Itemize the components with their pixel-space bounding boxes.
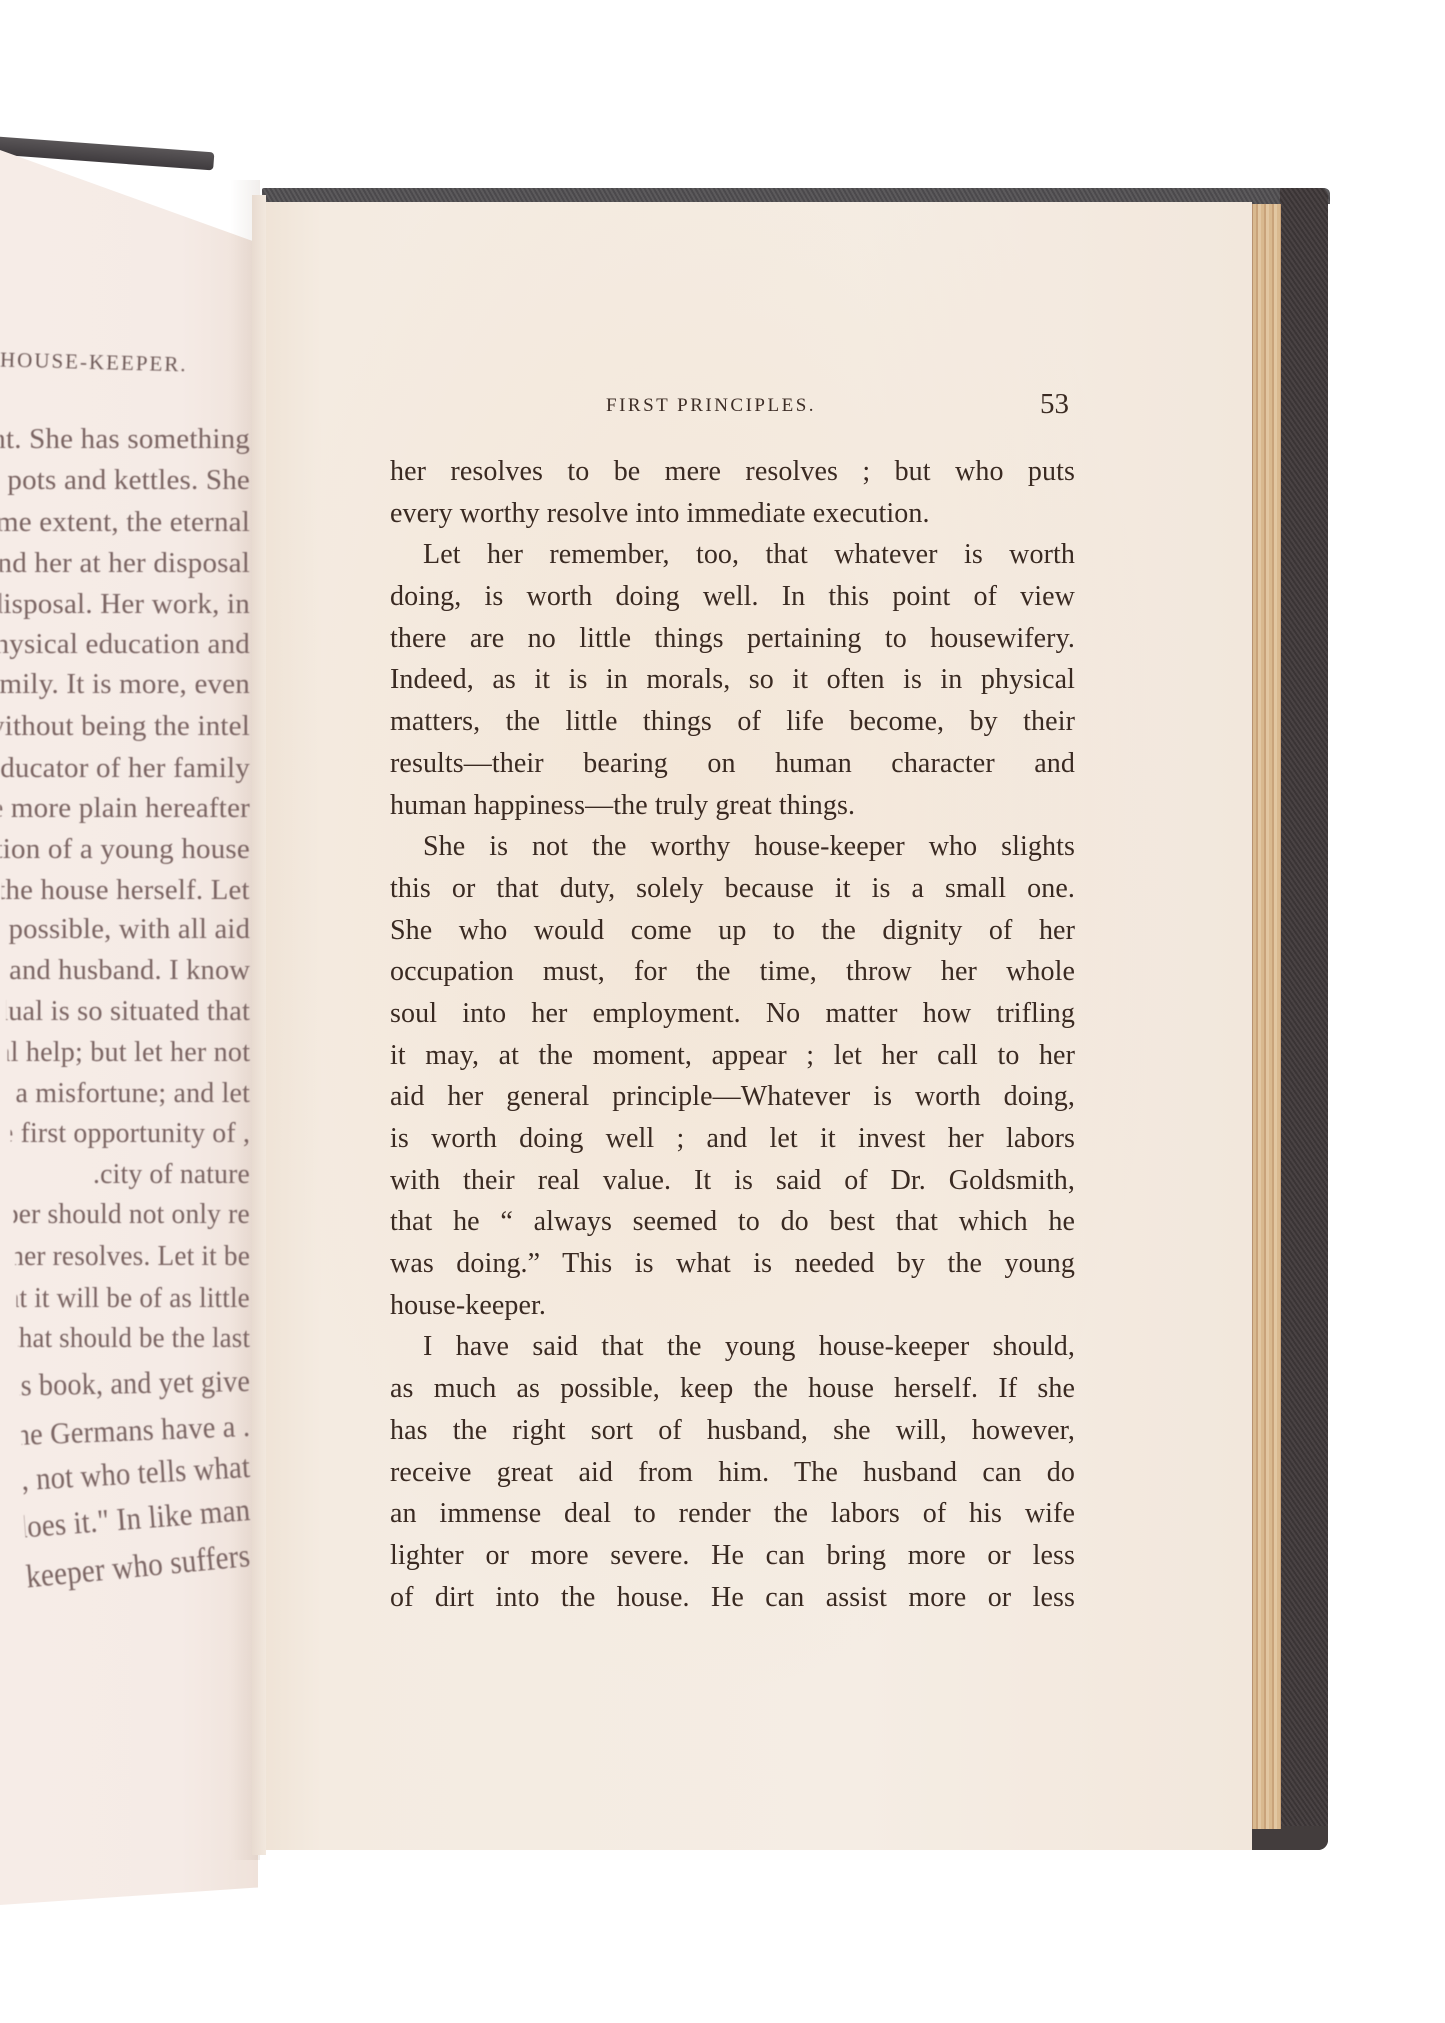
left-text-line: as possible, with all aid, [3,913,250,946]
left-text-line: g family. It is more, even; [0,668,250,701]
text-line: She is not the worthy house-keeper who s… [390,826,1075,868]
left-text-line: eper should not only re- [14,1198,251,1231]
left-text-line: ep the house herself. Let [2,874,251,907]
text-line: receive great aid from him. The husband … [390,1452,1075,1494]
text-line: this or that duty, solely because it is … [390,868,1075,910]
left-text-line: nd to pots and kettles. She [0,464,250,497]
text-line: Let her remember, too, that whatever is … [390,534,1075,576]
left-text-line: around her at her disposal. [0,547,250,580]
text-line: her resolves to be mere resolves ; but w… [390,451,1075,493]
left-text-line: city of nature. [12,1158,250,1191]
text-line: lighter or more severe. He can bring mor… [390,1535,1075,1577]
cover-bottom-corner [1240,1826,1328,1850]
left-text-line: dividual is so situated that [6,995,250,1028]
left-text-line: lution of a young house- [0,833,250,866]
text-line: as much as possible, keep the house hers… [390,1368,1075,1410]
left-text-line: ke more plain hereafter. [0,792,250,825]
left-running-head: HOUSE-KEEPER. [0,348,188,378]
page-number: 53 [1040,388,1069,421]
text-line: it may, at the moment, appear ; let her … [390,1035,1075,1077]
left-text-line: her disposal. Her work, in [0,588,250,621]
left-text-line: if that should be the last [18,1322,250,1355]
text-line: I have said that the young house-keeper … [390,1326,1075,1368]
left-text-line: al help; but let her not [8,1036,251,1069]
text-line: matters, the little things of life becom… [390,701,1075,743]
text-line: aid her general principle—Whatever is wo… [390,1076,1075,1118]
left-text-line: that it will be of as little [17,1282,251,1315]
text-line: Indeed, as it is in morals, so it often … [390,659,1075,701]
text-line: occupation must, for the time, throw her… [390,951,1075,993]
left-text-line: d this book, and yet give [19,1364,250,1403]
left-text-line: ical without being the intel- [0,710,250,743]
text-line: of dirt into the house. He can assist mo… [390,1577,1075,1619]
left-text-line: yment. She has something [0,423,250,456]
text-line: with their real value. It is said of Dr.… [390,1160,1075,1202]
text-line: every worthy resolve into immediate exec… [390,493,1075,535]
text-line: results—their bearing on human character… [390,743,1075,785]
text-line: human happiness—the truly great things. [390,785,1075,827]
text-line: soul into her employment. No matter how … [390,993,1075,1035]
gutter [252,195,266,1855]
left-text-line: he physical education and [0,628,250,661]
left-text-line: but a misfortune; and let [9,1077,250,1110]
text-line: house-keeper. [390,1285,1075,1327]
running-head: FIRST PRINCIPLES. [606,395,816,417]
left-text-line: to some extent, the eternal [0,506,250,539]
left-text-line: ren and husband. I know, [5,954,251,987]
text-line: an immense deal to render the labors of … [390,1493,1075,1535]
text-line: is worth doing well ; and let it invest … [390,1118,1075,1160]
text-line: was doing.” This is what is needed by th… [390,1243,1075,1285]
page-block-edges [1252,204,1281,1829]
left-text-line: , the first opportunity of [11,1117,251,1150]
text-line: there are no little things pertaining to… [390,618,1075,660]
left-text-line: l educator of her family, [0,752,250,785]
text-line: She who would come up to the dignity of … [390,910,1075,952]
text-line: that he “ always seemed to do best that … [390,1201,1075,1243]
text-line: doing, is worth doing well. In this poin… [390,576,1075,618]
right-page-text: her resolves to be mere resolves ; but w… [390,451,1075,1618]
left-text-line: te her resolves. Let it be [15,1240,250,1273]
cover-right-edge [1280,188,1328,1850]
text-line: has the right sort of husband, she will,… [390,1410,1075,1452]
